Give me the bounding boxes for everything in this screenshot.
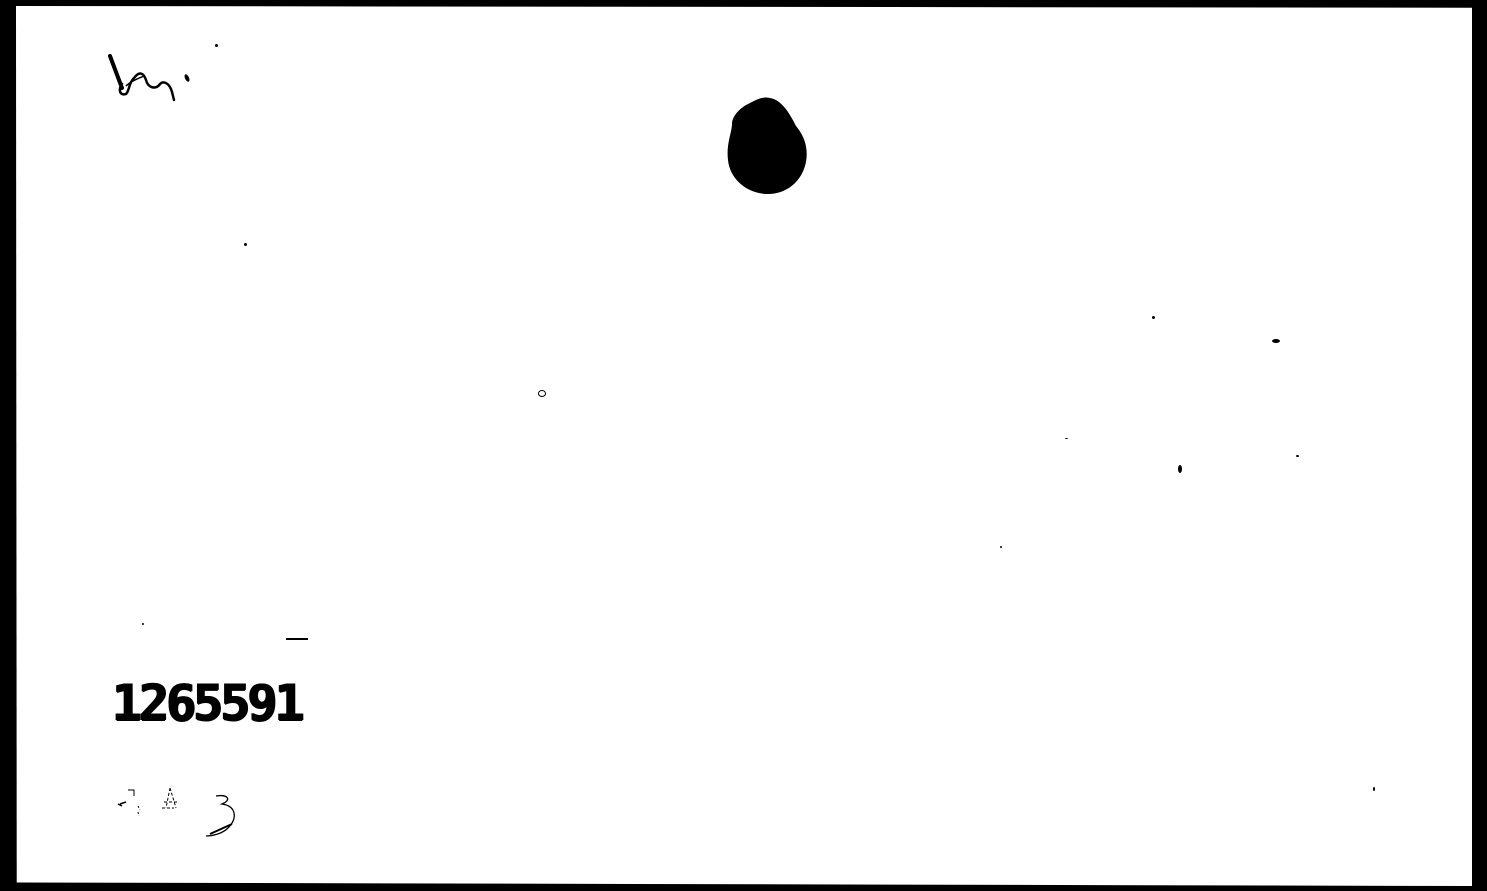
speck <box>142 623 144 625</box>
speck <box>244 243 247 246</box>
edge-mark <box>6 576 16 630</box>
speck <box>1065 438 1068 439</box>
speck <box>1152 316 1155 319</box>
speck <box>215 44 218 47</box>
index-card: 1265591 <box>16 6 1472 886</box>
handwritten-note <box>100 50 210 106</box>
speck <box>1272 339 1280 343</box>
speck <box>286 638 308 640</box>
speck <box>1178 465 1182 473</box>
speck <box>1000 546 1002 548</box>
card-number: 1265591 <box>112 678 302 728</box>
punch-hole-icon <box>726 94 810 196</box>
speck <box>538 390 546 397</box>
faint-handwritten-marks <box>112 784 252 844</box>
speck <box>1373 787 1375 791</box>
speck <box>1296 455 1299 457</box>
